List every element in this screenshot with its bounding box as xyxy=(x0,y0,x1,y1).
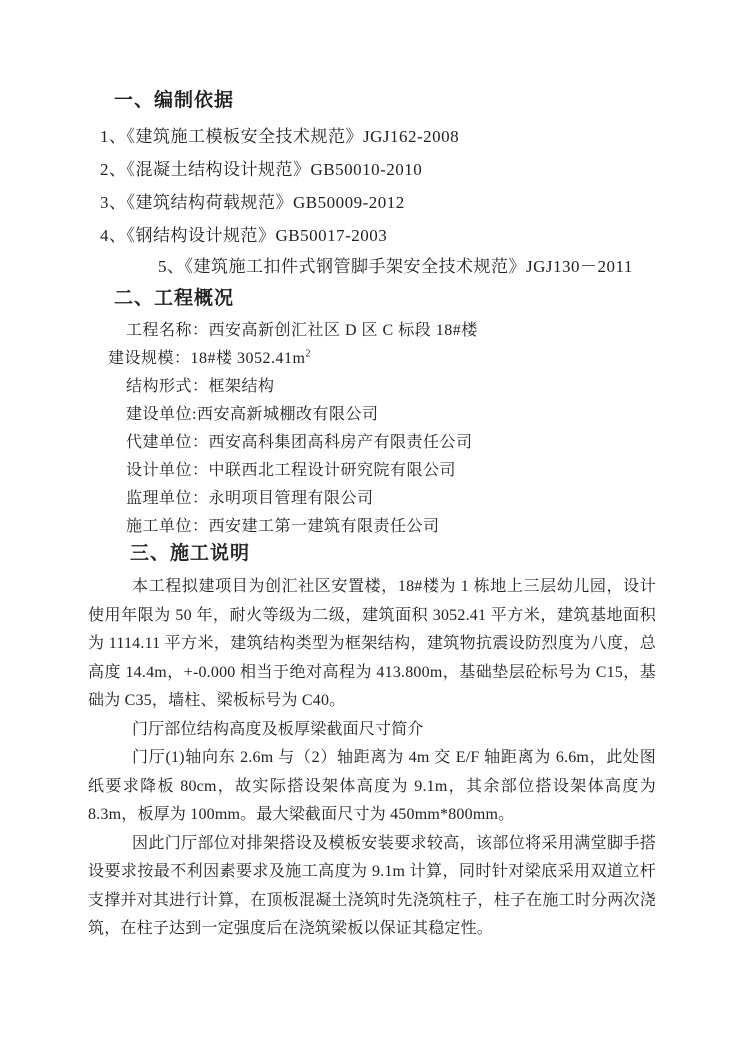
section-3-heading: 三、施工说明 xyxy=(130,543,656,565)
reference-item-1: 1、《建筑施工模板安全技术规范》JGJ162-2008 xyxy=(100,126,656,148)
document-page: 一、编制依据 1、《建筑施工模板安全技术规范》JGJ162-2008 2、《混凝… xyxy=(0,0,744,1052)
field-contractor-unit: 施工单位：西安建工第一建筑有限责任公司 xyxy=(126,516,656,538)
field-structure-type: 结构形式：框架结构 xyxy=(126,376,656,398)
field-construction-scale-text: 建设规模：18#楼 3052.41m xyxy=(108,350,305,367)
paragraph-lobby-dimensions: 门厅(1)轴向东 2.6m 与（2）轴距离为 4m 交 E/F 轴距离为 6.6… xyxy=(88,744,656,830)
field-owner-unit: 建设单位:西安高新城棚改有限公司 xyxy=(126,404,656,426)
field-agent-construction-unit: 代建单位：西安高科集团高科房产有限责任公司 xyxy=(126,432,656,454)
reference-item-2: 2、《混凝土结构设计规范》GB50010-2010 xyxy=(100,159,656,181)
paragraph-lobby-intro-title: 门厅部位结构高度及板厚梁截面尺寸简介 xyxy=(88,716,656,745)
reference-item-3: 3、《建筑结构荷载规范》GB50009-2012 xyxy=(100,192,656,214)
field-design-unit: 设计单位：中联西北工程设计研究院有限公司 xyxy=(126,460,656,482)
field-construction-scale: 建设规模：18#楼 3052.41m2 xyxy=(108,348,656,370)
section-1-heading: 一、编制依据 xyxy=(114,90,656,112)
reference-item-5: 5、《建筑施工扣件式钢管脚手架安全技术规范》JGJ130－2011 xyxy=(158,256,656,278)
paragraph-scaffold-requirements: 因此门厅部位对排架搭设及模板安装要求较高，该部位将采用满堂脚手搭设要求按最不利因… xyxy=(88,830,656,944)
field-supervision-unit: 监理单位：永明项目管理有限公司 xyxy=(126,488,656,510)
section-2-heading: 二、工程概况 xyxy=(114,288,656,310)
field-construction-scale-superscript: 2 xyxy=(305,349,311,360)
paragraph-project-overview: 本工程拟建项目为创汇社区安置楼，18#楼为 1 栋地上三层幼儿园，设计使用年限为… xyxy=(88,573,656,716)
reference-item-4: 4、《钢结构设计规范》GB50017-2003 xyxy=(100,225,656,247)
field-project-name: 工程名称：西安高新创汇社区 D 区 C 标段 18#楼 xyxy=(126,320,656,342)
